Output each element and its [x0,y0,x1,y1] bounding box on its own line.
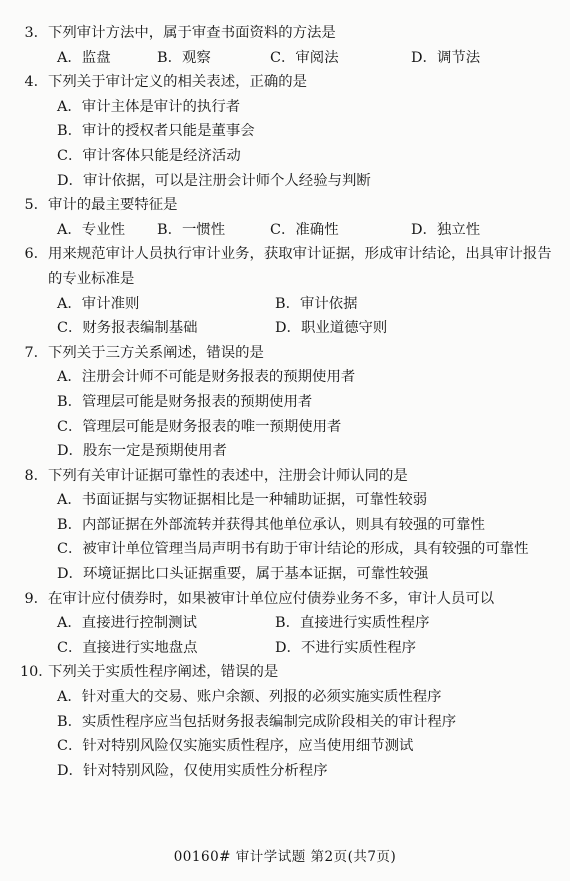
option-A: A．注册会计师不可能是财务报表的预期使用者 [57,365,562,390]
option-A: A．审计准则 [57,292,275,317]
option-A: A．监盘 [57,46,157,71]
question-stem-row: 9．在审计应付债券时，如果被审计单位应付债券业务不多，审计人员可以 [20,587,562,612]
option-C: C．针对特别风险仅实施实质性程序，应当使用细节测试 [57,734,562,759]
option-label: A． [57,222,82,238]
options: A．针对重大的交易、账户余额、列报的必须实施实质性程序B．实质性程序应当包括财务… [57,685,562,783]
option-text: 审计客体只能是经济活动 [82,148,240,164]
question-stem-row: 7．下列关于三方关系阐述，错误的是 [20,341,562,366]
option-label: B． [57,394,82,410]
page-footer: 00160# 审计学试题 第2页(共7页) [0,845,570,865]
option-text: 被审计单位管理当局声明书有助于审计结论的形成，具有较强的可靠性 [82,541,528,557]
options: A．直接进行控制测试B．直接进行实质性程序C．直接进行实地盘点D．不进行实质性程… [57,611,562,660]
option-B: B．实质性程序应当包括财务报表编制完成阶段相关的审计程序 [57,710,562,735]
option-B: B．管理层可能是财务报表的预期使用者 [57,390,562,415]
question-stem: 下列关于三方关系阐述，错误的是 [48,341,562,366]
options: A．书面证据与实物证据相比是一种辅助证据，可靠性较弱B．内部证据在外部流转并获得… [57,488,562,586]
option-text: 注册会计师不可能是财务报表的预期使用者 [82,369,355,385]
question-block: 5．审计的最主要特征是A．专业性B．一惯性C．准确性D．独立性 [20,193,562,242]
question-stem: 下列有关审计证据可靠性的表述中，注册会计师认同的是 [48,464,562,489]
question-stem-row: 3．下列审计方法中，属于审查书面资料的方法是 [20,21,562,46]
option-label: C． [57,148,82,164]
option-label: D． [57,763,83,779]
option-text: 针对重大的交易、账户余额、列报的必须实施实质性程序 [82,689,442,705]
option-text: 直接进行实质性程序 [300,615,430,631]
option-label: A． [57,492,82,508]
option-A: A．直接进行控制测试 [57,611,275,636]
option-A: A．针对重大的交易、账户余额、列报的必须实施实质性程序 [57,685,562,710]
question-stem-row: 6．用来规范审计人员执行审计业务，获取审计证据，形成审计结论，出具审计报告的专业… [20,242,562,291]
question-block: 7．下列关于三方关系阐述，错误的是A．注册会计师不可能是财务报表的预期使用者B．… [20,341,562,464]
option-label: D． [57,443,83,459]
option-D: D．环境证据比口头证据重要，属于基本证据，可靠性较强 [57,562,562,587]
option-text: 审计依据，可以是注册会计师个人经验与判断 [83,173,371,189]
option-C: C．被审计单位管理当局声明书有助于审计结论的形成，具有较强的可靠性 [57,537,562,562]
question-block: 6．用来规范审计人员执行审计业务，获取审计证据，形成审计结论，出具审计报告的专业… [20,242,562,340]
option-text: 审计主体是审计的执行者 [82,99,240,115]
question-number: 9． [20,587,48,612]
option-label: C． [57,320,82,336]
question-number: 3． [20,21,48,46]
option-label: D． [411,222,437,238]
option-text: 实质性程序应当包括财务报表编制完成阶段相关的审计程序 [82,714,456,730]
option-C: C．管理层可能是财务报表的唯一预期使用者 [57,415,562,440]
option-label: D． [411,50,437,66]
option-label: B． [157,222,182,238]
options: A．专业性B．一惯性C．准确性D．独立性 [57,218,562,243]
option-text: 管理层可能是财务报表的唯一预期使用者 [82,419,341,435]
question-stem: 下列关于审计定义的相关表述，正确的是 [48,70,562,95]
option-D: D．独立性 [411,218,562,243]
option-text: 审计准则 [82,296,140,312]
option-text: 针对特别风险仅实施实质性程序，应当使用细节测试 [82,738,413,754]
option-B: B．审计依据 [275,292,562,317]
question-stem: 下列关于实质性程序阐述，错误的是 [48,660,562,685]
question-block: 3．下列审计方法中，属于审查书面资料的方法是A．监盘B．观察C．审阅法D．调节法 [20,21,562,70]
question-number: 5． [20,193,48,218]
option-text: 职业道德守则 [301,320,387,336]
options: A．审计准则B．审计依据C．财务报表编制基础D．职业道德守则 [57,292,562,341]
option-label: C． [57,738,82,754]
question-stem: 在审计应付债券时，如果被审计单位应付债券业务不多，审计人员可以 [48,587,562,612]
question-number: 10． [20,660,48,685]
option-label: B． [57,123,82,139]
options: A．监盘B．观察C．审阅法D．调节法 [57,46,562,71]
option-label: D． [57,173,83,189]
option-text: 独立性 [437,222,480,238]
question-number: 4． [20,70,48,95]
option-text: 准确性 [295,222,338,238]
question-list: 3．下列审计方法中，属于审查书面资料的方法是A．监盘B．观察C．审阅法D．调节法… [20,21,562,783]
question-number: 8． [20,464,48,489]
option-D: D．不进行实质性程序 [275,636,562,661]
options: A．注册会计师不可能是财务报表的预期使用者B．管理层可能是财务报表的预期使用者C… [57,365,562,463]
option-text: 审计依据 [300,296,358,312]
option-text: 股东一定是预期使用者 [83,443,227,459]
option-label: A． [57,50,82,66]
question-block: 4．下列关于审计定义的相关表述，正确的是A．审计主体是审计的执行者B．审计的授权… [20,70,562,193]
option-text: 调节法 [437,50,480,66]
option-A: A．专业性 [57,218,157,243]
option-label: C． [270,222,295,238]
option-label: A． [57,369,82,385]
option-B: B．一惯性 [157,218,270,243]
option-C: C．审计客体只能是经济活动 [57,144,562,169]
question-stem: 用来规范审计人员执行审计业务，获取审计证据，形成审计结论，出具审计报告的专业标准… [48,242,562,291]
option-A: A．审计主体是审计的执行者 [57,95,562,120]
option-text: 观察 [182,50,211,66]
option-D: D．针对特别风险，仅使用实质性分析程序 [57,759,562,784]
option-D: D．调节法 [411,46,562,71]
option-label: B． [157,50,182,66]
option-label: A． [57,689,82,705]
option-B: B．直接进行实质性程序 [275,611,562,636]
option-B: B．内部证据在外部流转并获得其他单位承认，则具有较强的可靠性 [57,513,562,538]
option-label: B． [275,615,300,631]
option-text: 书面证据与实物证据相比是一种辅助证据，可靠性较弱 [82,492,427,508]
option-B: B．审计的授权者只能是董事会 [57,119,562,144]
option-text: 针对特别风险，仅使用实质性分析程序 [83,763,328,779]
option-label: B． [275,296,300,312]
option-A: A．书面证据与实物证据相比是一种辅助证据，可靠性较弱 [57,488,562,513]
option-C: C．准确性 [270,218,411,243]
option-B: B．观察 [157,46,270,71]
option-D: D．审计依据，可以是注册会计师个人经验与判断 [57,169,562,194]
option-text: 环境证据比口头证据重要，属于基本证据，可靠性较强 [83,566,428,582]
option-label: C． [270,50,295,66]
option-text: 审计的授权者只能是董事会 [82,123,255,139]
option-label: C． [57,640,82,656]
question-stem-row: 4．下列关于审计定义的相关表述，正确的是 [20,70,562,95]
option-label: C． [57,541,82,557]
question-stem-row: 10．下列关于实质性程序阐述，错误的是 [20,660,562,685]
option-label: C． [57,419,82,435]
option-label: D． [57,566,83,582]
option-label: B． [57,714,82,730]
option-C: C．审阅法 [270,46,411,71]
option-label: A． [57,99,82,115]
option-text: 一惯性 [182,222,225,238]
question-block: 8．下列有关审计证据可靠性的表述中，注册会计师认同的是A．书面证据与实物证据相比… [20,464,562,587]
option-text: 审阅法 [295,50,338,66]
question-block: 10．下列关于实质性程序阐述，错误的是A．针对重大的交易、账户余额、列报的必须实… [20,660,562,783]
option-text: 监盘 [82,50,111,66]
option-label: D． [275,320,301,336]
option-text: 专业性 [82,222,125,238]
option-D: D．职业道德守则 [275,316,562,341]
option-text: 财务报表编制基础 [82,320,197,336]
question-stem-row: 8．下列有关审计证据可靠性的表述中，注册会计师认同的是 [20,464,562,489]
question-stem: 审计的最主要特征是 [48,193,562,218]
question-stem: 下列审计方法中，属于审查书面资料的方法是 [48,21,562,46]
option-label: A． [57,296,82,312]
option-C: C．直接进行实地盘点 [57,636,275,661]
option-C: C．财务报表编制基础 [57,316,275,341]
option-text: 内部证据在外部流转并获得其他单位承认，则具有较强的可靠性 [82,517,485,533]
exam-page: 3．下列审计方法中，属于审查书面资料的方法是A．监盘B．观察C．审阅法D．调节法… [0,0,570,783]
option-text: 管理层可能是财务报表的预期使用者 [82,394,312,410]
option-D: D．股东一定是预期使用者 [57,439,562,464]
option-text: 不进行实质性程序 [301,640,416,656]
question-block: 9．在审计应付债券时，如果被审计单位应付债券业务不多，审计人员可以A．直接进行控… [20,587,562,661]
question-number: 7． [20,341,48,366]
option-text: 直接进行实地盘点 [82,640,197,656]
option-label: B． [57,517,82,533]
question-stem-row: 5．审计的最主要特征是 [20,193,562,218]
option-text: 直接进行控制测试 [82,615,197,631]
question-number: 6． [20,242,48,291]
option-label: D． [275,640,301,656]
options: A．审计主体是审计的执行者B．审计的授权者只能是董事会C．审计客体只能是经济活动… [57,95,562,193]
option-label: A． [57,615,82,631]
